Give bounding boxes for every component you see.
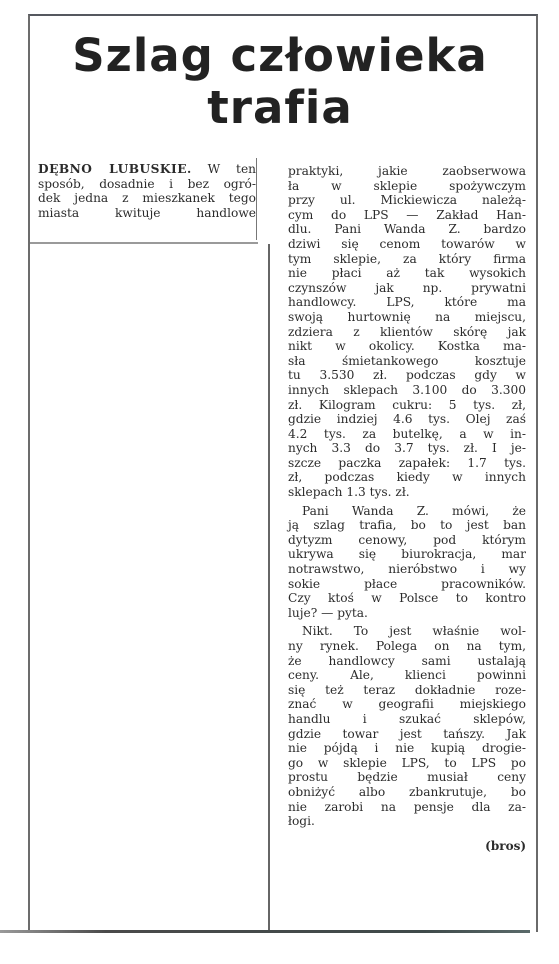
text-line: dziwi się cenom towarów w [288, 237, 526, 252]
text-line: ła w sklepie spożywczym [288, 179, 526, 194]
author-signature: (bros) [288, 839, 526, 853]
lead-line: sposób, dosadnie i bez ogró- [38, 177, 256, 192]
text-line: go w sklepie LPS, to LPS po [288, 756, 526, 771]
headline-line-2: trafia [30, 82, 530, 134]
article-body-column: praktyki, jakie zaobserwowała w sklepie … [288, 164, 526, 853]
bottom-rule [0, 930, 530, 933]
text-line: cym do LPS — Zakład Han- [288, 208, 526, 223]
text-line: Czy ktoś w Polsce to kontro [288, 591, 526, 606]
text-line: zł. Kilogram cukru: 5 tys. zł, [288, 398, 526, 413]
text-line: przy ul. Mickiewicza należą- [288, 193, 526, 208]
text-line: że handlowcy sami ustalają [288, 654, 526, 669]
paragraph-3: Nikt. To jest właśnie wol-ny rynek. Pole… [288, 624, 526, 828]
text-line: Pani Wanda Z. mówi, że [288, 504, 526, 519]
text-line: 4.2 tys. za butelkę, a w in- [288, 427, 526, 442]
text-line: nikt w okolicy. Kostka ma- [288, 339, 526, 354]
text-line: innych sklepach 3.100 do 3.300 [288, 383, 526, 398]
text-line: szcze paczka zapałek: 1.7 tys. [288, 456, 526, 471]
text-line: tym sklepie, za który firma [288, 252, 526, 267]
text-line: Nikt. To jest właśnie wol- [288, 624, 526, 639]
text-line: nie pójdą i nie kupią drogie- [288, 741, 526, 756]
text-line: handlowcy. LPS, które ma [288, 295, 526, 310]
blank-column [30, 244, 270, 930]
text-line: zł, podczas kiedy w innych [288, 470, 526, 485]
text-line: luje? — pyta. [288, 606, 526, 621]
text-line: się też teraz dokładnie roze- [288, 683, 526, 698]
text-line: praktyki, jakie zaobserwowa [288, 164, 526, 179]
lead-line: miasta kwituje handlowe [38, 206, 256, 221]
text-line: ją szlag trafia, bo to jest ban [288, 518, 526, 533]
headline: Szlag człowieka trafia [30, 30, 530, 134]
paragraph-2: Pani Wanda Z. mówi, żeją szlag trafia, b… [288, 504, 526, 621]
text-line: handlu i szukać sklepów, [288, 712, 526, 727]
text-line: sła śmietankowego kosztuje [288, 354, 526, 369]
paragraph-1: praktyki, jakie zaobserwowała w sklepie … [288, 164, 526, 500]
lead-line: dek jedna z mieszkanek tego [38, 191, 256, 206]
text-line: swoją hurtownię na miejscu, [288, 310, 526, 325]
text-line: łogi. [288, 814, 526, 829]
text-line: sklepach 1.3 tys. zł. [288, 485, 526, 500]
lead-paragraph: DĘBNO LUBUSKIE. W ten sposób, dosadnie i… [38, 158, 257, 240]
text-line: nie płaci aż tak wysokich [288, 266, 526, 281]
text-line: gdzie towar jest tańszy. Jak [288, 727, 526, 742]
text-line: nych 3.3 do 3.7 tys. zł. I je- [288, 441, 526, 456]
text-line: prostu będzie musiał ceny [288, 770, 526, 785]
text-line: sokie płace pracowników. [288, 577, 526, 592]
text-line: nie zarobi na pensje dla za- [288, 800, 526, 815]
text-line: ny rynek. Polega on na tym, [288, 639, 526, 654]
text-line: notrawstwo, nieróbstwo i wy [288, 562, 526, 577]
text-line: obniżyć albo zbankrutuje, bo [288, 785, 526, 800]
text-line: dytyzm cenowy, pod którym [288, 533, 526, 548]
text-line: znać w geografii miejskiego [288, 697, 526, 712]
text-line: tu 3.530 zł. podczas gdy w [288, 368, 526, 383]
text-line: gdzie indziej 4.6 tys. Olej zaś [288, 412, 526, 427]
text-line: czynszów jak np. prywatni [288, 281, 526, 296]
text-line: ukrywa się biurokracja, mar [288, 547, 526, 562]
dateline: DĘBNO LUBUSKIE. [38, 162, 192, 176]
text-line: ceny. Ale, klienci powinni [288, 668, 526, 683]
text-line: dlu. Pani Wanda Z. bardzo [288, 222, 526, 237]
text-line: zdziera z klientów skórę jak [288, 325, 526, 340]
headline-line-1: Szlag człowieka [30, 30, 530, 82]
lead-line: W ten [192, 162, 256, 176]
